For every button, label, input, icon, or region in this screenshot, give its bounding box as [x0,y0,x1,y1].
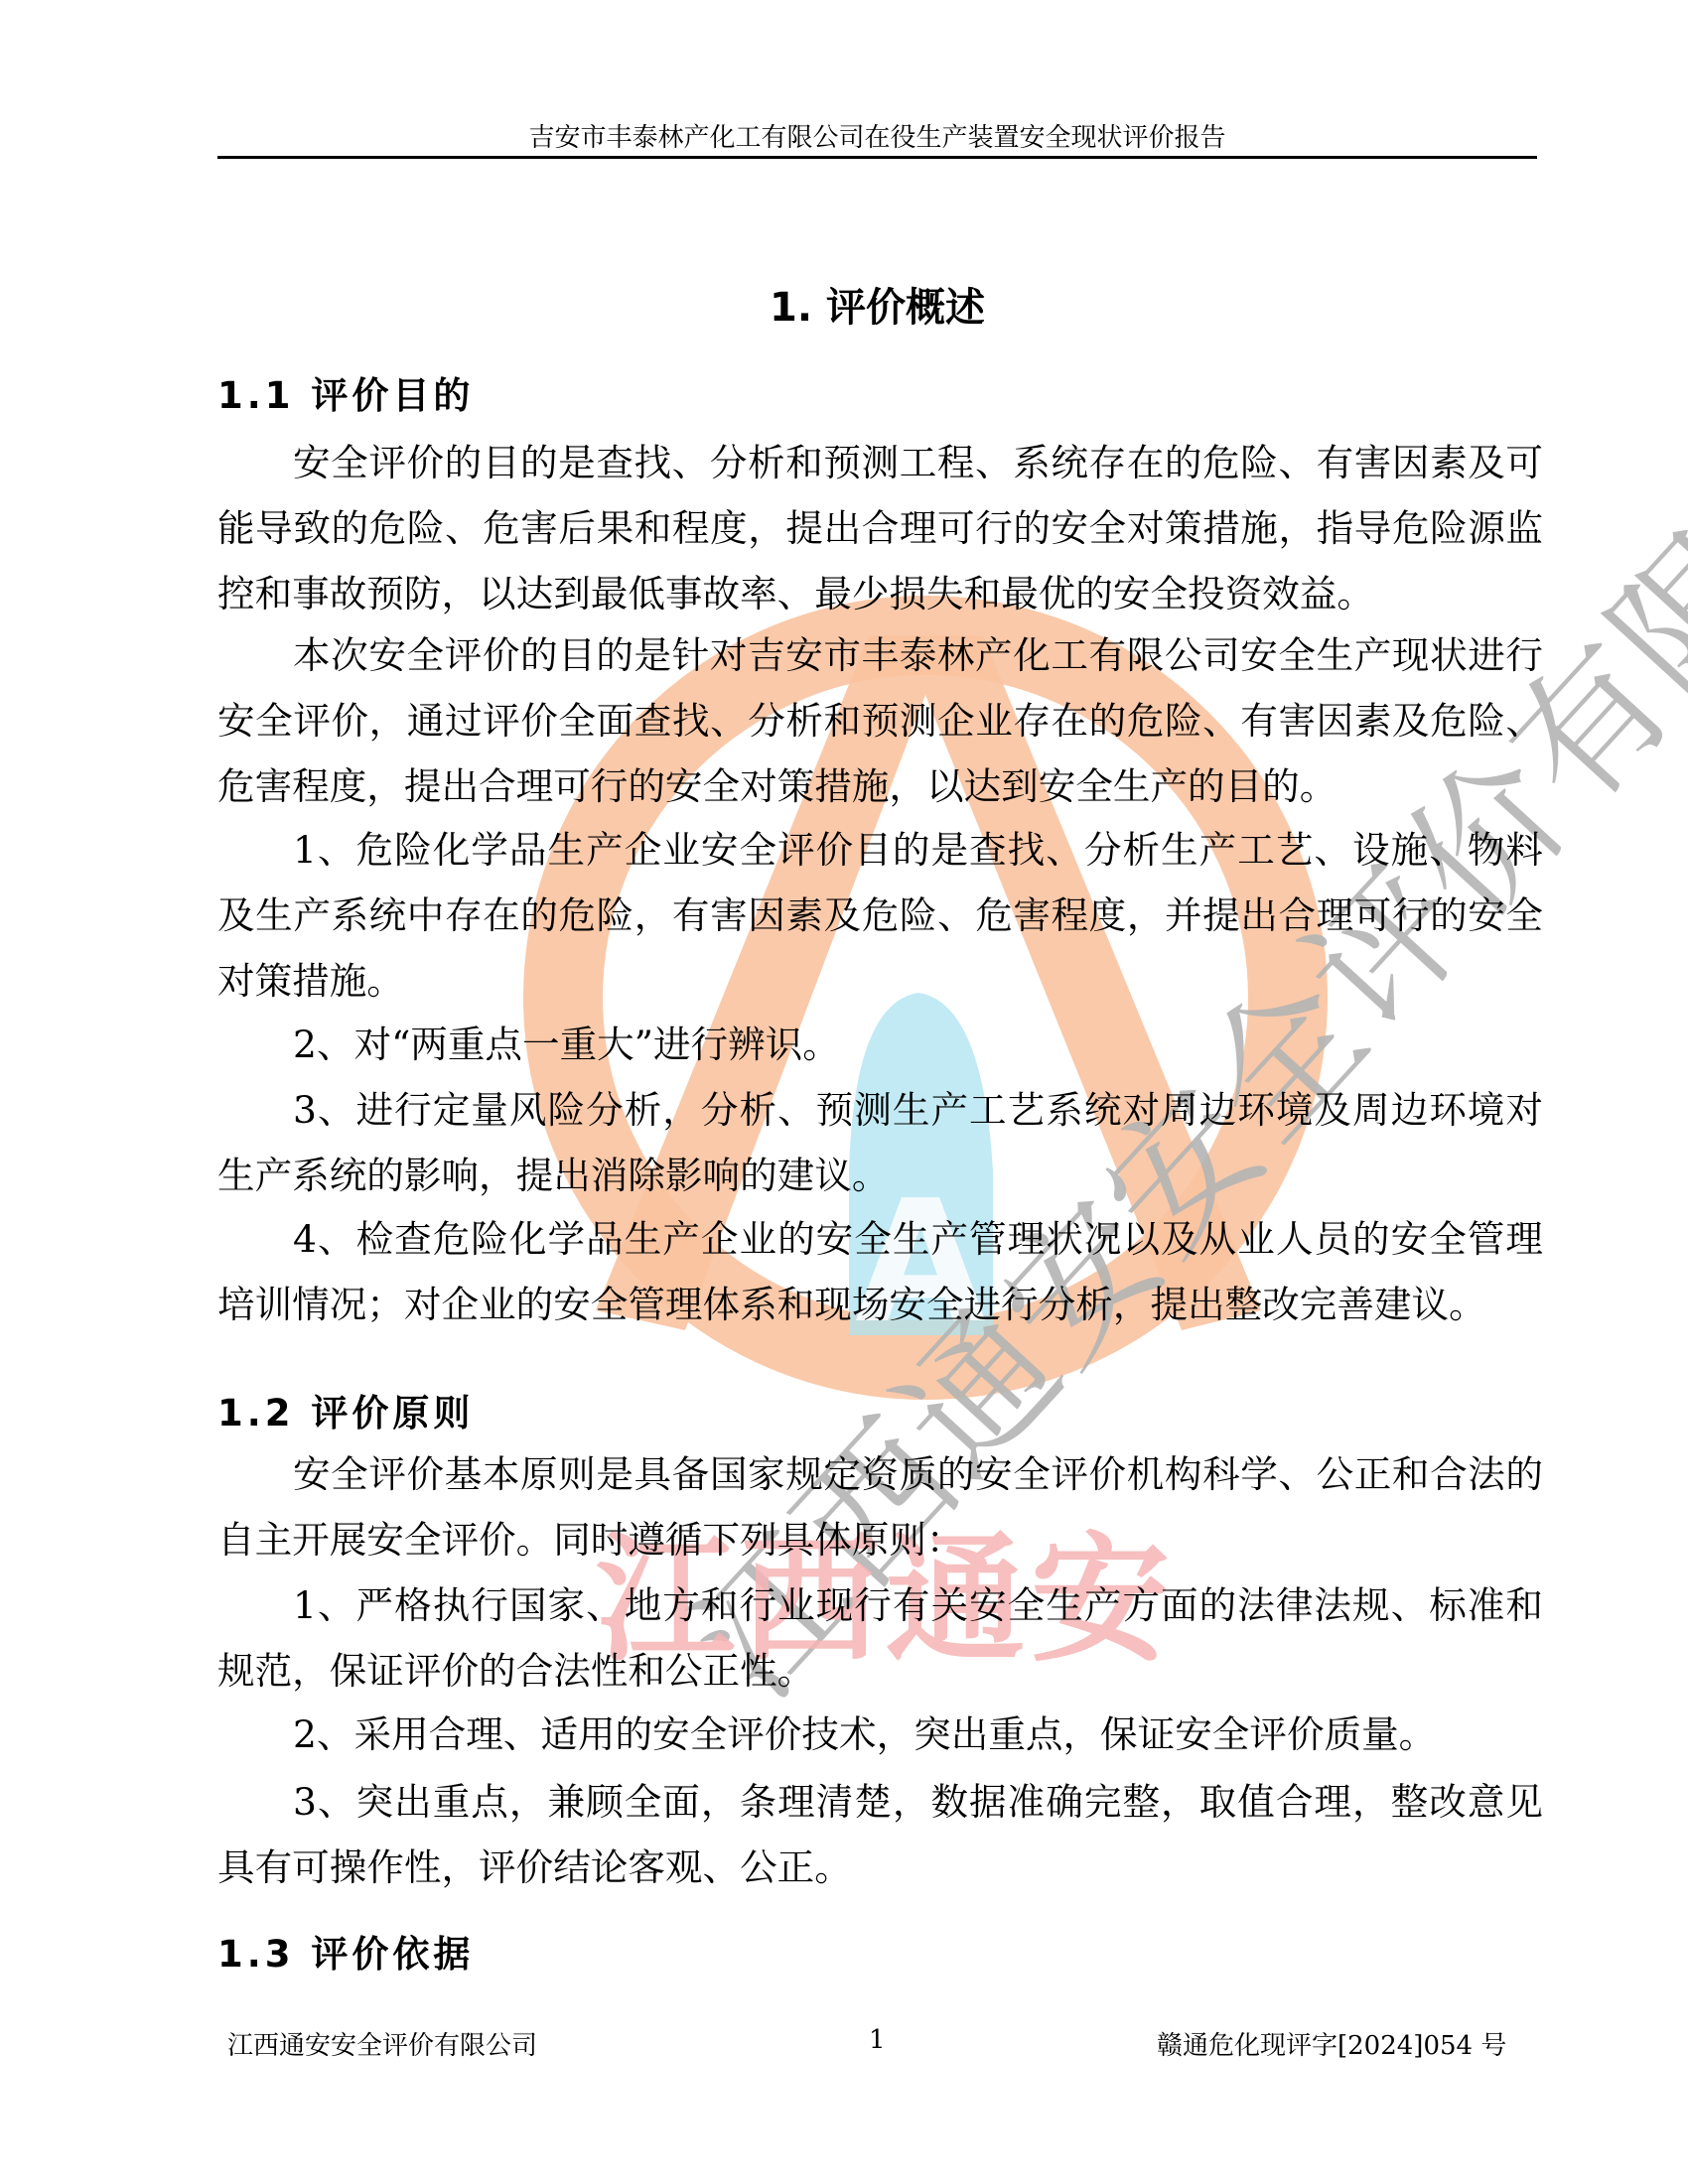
section-heading-1-2: 1.2 评价原则 [217,1383,474,1436]
paragraph: 3、突出重点，兼顾全面，条理清楚，数据准确完整，取值合理，整改意见具有可操作性，… [217,1769,1543,1900]
paragraph: 2、对“两重点一重大”进行辨识。 [217,1012,1543,1077]
footer-company: 江西通安安全评价有限公司 [227,2025,537,2062]
paragraph: 1、危险化学品生产企业安全评价目的是查找、分析生产工艺、设施、物料及生产系统中存… [217,817,1543,1014]
paragraph: 3、进行定量风险分析，分析、预测生产工艺系统对周边环境及周边环境对生产系统的影响… [217,1077,1543,1208]
paragraph: 安全评价基本原则是具备国家规定资质的安全评价机构科学、公正和合法的自主开展安全评… [217,1441,1543,1572]
footer-report-number: 赣通危化现评字[2024]054 号 [1157,2025,1506,2062]
section-heading-1-3: 1.3 评价依据 [217,1924,474,1978]
paragraph: 本次安全评价的目的是针对吉安市丰泰林产化工有限公司安全生产现状进行安全评价，通过… [217,622,1543,819]
paragraph: 4、检查危险化学品生产企业的安全生产管理状况以及从业人员的安全管理培训情况；对企… [217,1206,1543,1337]
running-header: 吉安市丰泰林产化工有限公司在役生产装置安全现状评价报告 [217,117,1537,154]
chapter-title: 1. 评价概述 [217,276,1537,333]
paragraph: 2、采用合理、适用的安全评价技术，突出重点，保证安全评价质量。 [217,1702,1543,1767]
document-page: 吉安市丰泰林产化工有限公司在役生产装置安全现状评价报告 1. 评价概述 1.1 … [0,0,1688,2184]
footer-page-number: 1 [869,2025,886,2055]
header-divider [217,156,1537,159]
paragraph: 1、严格执行国家、地方和行业现行有关安全生产方面的法律法规、标准和规范，保证评价… [217,1572,1543,1704]
section-heading-1-1: 1.1 评价目的 [217,365,474,419]
paragraph: 安全评价的目的是查找、分析和预测工程、系统存在的危险、有害因素及可能导致的危险、… [217,430,1543,626]
